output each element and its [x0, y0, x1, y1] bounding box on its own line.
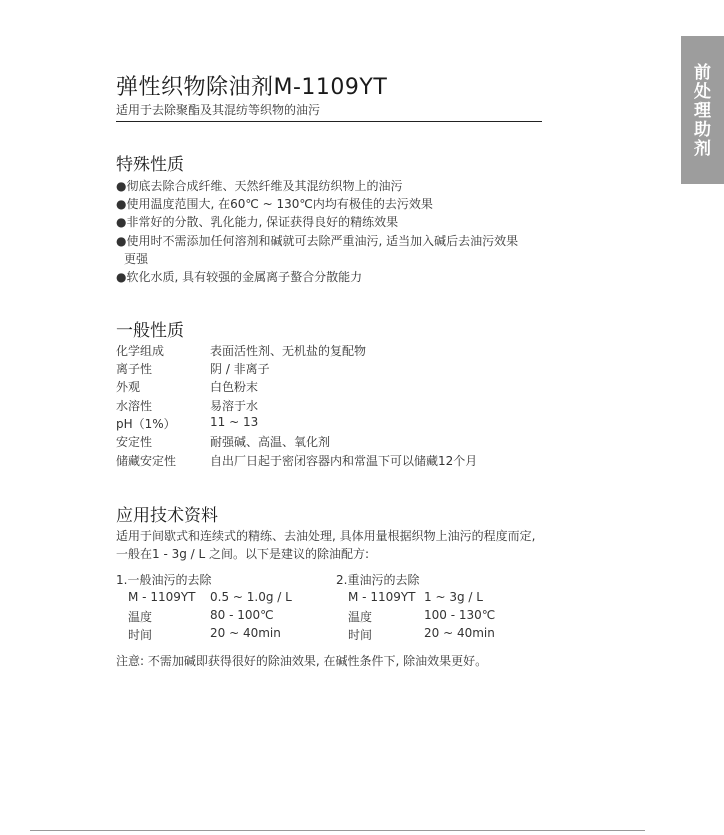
general-value: 白色粉末: [210, 378, 258, 395]
general-label: 化学组成: [116, 342, 164, 359]
recipe-value: 1 ~ 3g / L: [424, 590, 483, 604]
recipe-title: 1.一般油污的去除: [116, 571, 211, 588]
recipe-value: 0.5 ~ 1.0g / L: [210, 590, 292, 604]
recipe-label: M - 1109YT: [128, 590, 196, 604]
product-title: 弹性织物除油剂M-1109YT: [116, 70, 387, 101]
general-value: 11 ~ 13: [210, 415, 258, 429]
general-label: 储藏安定性: [116, 452, 176, 469]
footer-divider: [30, 830, 645, 831]
side-tab-char: 前: [694, 64, 711, 83]
general-value: 阴 / 非离子: [210, 360, 270, 377]
side-tab-char: 处: [694, 83, 711, 102]
special-item: ●非常好的分散、乳化能力, 保证获得良好的精练效果: [116, 213, 398, 230]
recipe-label: M - 1109YT: [348, 590, 416, 604]
general-value: 自出厂日起于密闭容器内和常温下可以储藏12个月: [210, 452, 477, 469]
application-text: 一般在1 - 3g / L 之间。以下是建议的除油配方:: [116, 545, 369, 562]
recipe-label: 时间: [348, 626, 372, 643]
special-heading: 特殊性质: [116, 150, 184, 175]
recipe-value: 80 - 100℃: [210, 608, 274, 622]
side-tab-char: 助: [694, 121, 711, 140]
recipe-value: 20 ~ 40min: [424, 626, 495, 640]
general-value: 表面活性剂、无机盐的复配物: [210, 342, 366, 359]
side-tab-char: 剂: [694, 140, 711, 159]
recipe-label: 温度: [128, 608, 152, 625]
special-item: ●使用温度范围大, 在60℃ ~ 130℃内均有极佳的去污效果: [116, 195, 433, 212]
application-note: 注意: 不需加碱即获得很好的除油效果, 在碱性条件下, 除油效果更好。: [116, 652, 487, 669]
recipe-value: 100 - 130℃: [424, 608, 495, 622]
general-value: 易溶于水: [210, 397, 258, 414]
application-heading: 应用技术资料: [116, 501, 218, 526]
special-item: ●软化水质, 具有较强的金属离子螯合分散能力: [116, 268, 362, 285]
special-item-cont: 更强: [124, 250, 148, 267]
general-value: 耐强碱、高温、氧化剂: [210, 433, 330, 450]
recipe-title: 2.重油污的去除: [336, 571, 419, 588]
special-item: ●彻底去除合成纤维、天然纤维及其混纺织物上的油污: [116, 177, 402, 194]
general-label: pH（1%）: [116, 415, 176, 432]
general-label: 离子性: [116, 360, 152, 377]
application-text: 适用于间歇式和连续式的精练、去油处理, 具体用量根据织物上油污的程度而定,: [116, 527, 535, 544]
general-label: 安定性: [116, 433, 152, 450]
general-label: 水溶性: [116, 397, 152, 414]
side-tab-char: 理: [694, 102, 711, 121]
recipe-value: 20 ~ 40min: [210, 626, 281, 640]
special-item: ●使用时不需添加任何溶剂和碱就可去除严重油污, 适当加入碱后去油污效果: [116, 232, 518, 249]
recipe-label: 温度: [348, 608, 372, 625]
general-heading: 一般性质: [116, 316, 184, 341]
general-label: 外观: [116, 378, 140, 395]
recipe-label: 时间: [128, 626, 152, 643]
title-divider: [116, 121, 542, 122]
product-subtitle: 适用于去除聚酯及其混纺等织物的油污: [116, 101, 320, 118]
category-side-tab: 前 处 理 助 剂: [681, 36, 724, 184]
